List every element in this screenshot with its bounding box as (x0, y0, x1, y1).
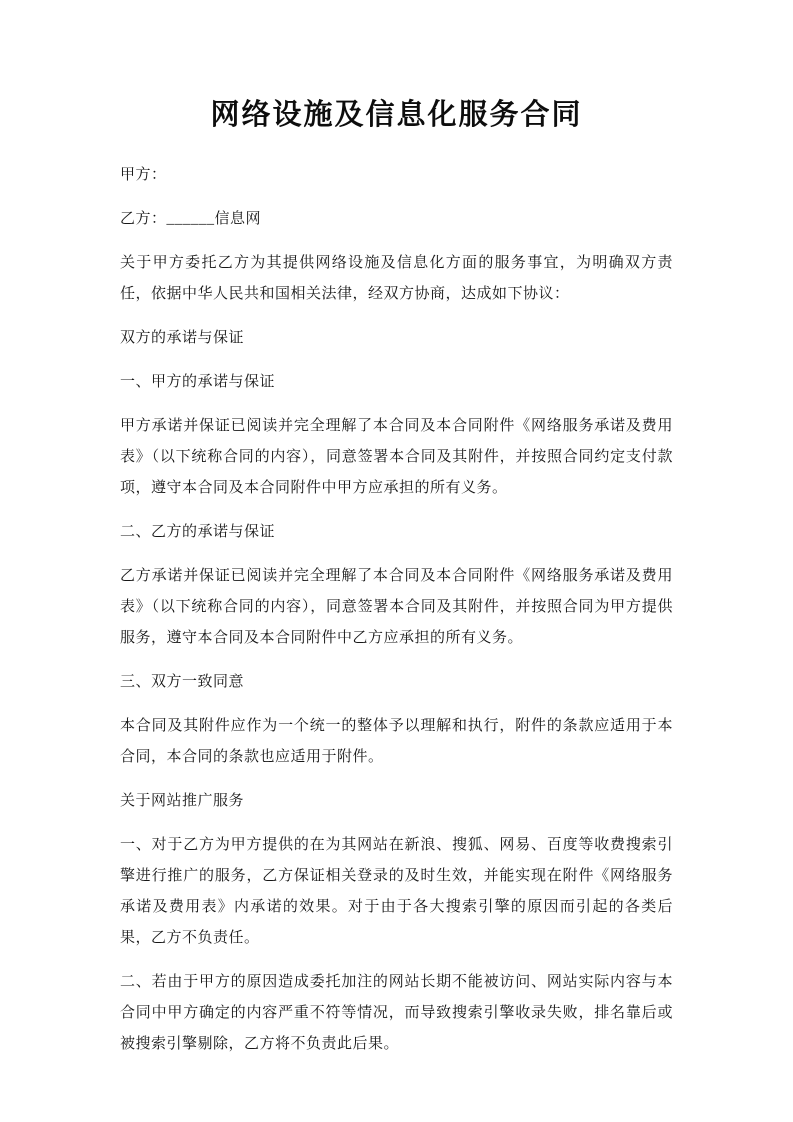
paragraph-party-a-promise: 甲方承诺并保证已阅读并完全理解了本合同及本合同附件《网络服务承诺及费用表》（以下… (120, 411, 673, 504)
paragraph-promotion-clause-1: 一、对于乙方为甲方提供的在为其网站在新浪、搜狐、网易、百度等收费搜索引擎进行推广… (120, 830, 673, 954)
paragraph-unified-whole: 本合同及其附件应作为一个统一的整体予以理解和执行，附件的条款应适用于本合同，本合… (120, 711, 673, 773)
section-heading-mutual-agreement: 三、双方一致同意 (120, 667, 673, 698)
contract-document-page: 网络设施及信息化服务合同 甲方： 乙方：______信息网 关于甲方委托乙方为其… (0, 0, 793, 1122)
section-heading-website-promotion: 关于网站推广服务 (120, 786, 673, 817)
section-heading-party-a-promise: 一、甲方的承诺与保证 (120, 367, 673, 398)
section-heading-mutual-promises: 双方的承诺与保证 (120, 323, 673, 354)
page-title: 网络设施及信息化服务合同 (120, 94, 673, 136)
intro-paragraph: 关于甲方委托乙方为其提供网络设施及信息化方面的服务事宜，为明确双方责任，依据中华… (120, 248, 673, 310)
party-a-line: 甲方： (120, 160, 673, 191)
party-b-line: 乙方：______信息网 (120, 204, 673, 235)
section-heading-party-b-promise: 二、乙方的承诺与保证 (120, 517, 673, 548)
paragraph-promotion-clause-2: 二、若由于甲方的原因造成委托加注的网站长期不能被访问、网站实际内容与本合同中甲方… (120, 967, 673, 1060)
paragraph-party-b-promise: 乙方承诺并保证已阅读并完全理解了本合同及本合同附件《网络服务承诺及费用表》（以下… (120, 561, 673, 654)
